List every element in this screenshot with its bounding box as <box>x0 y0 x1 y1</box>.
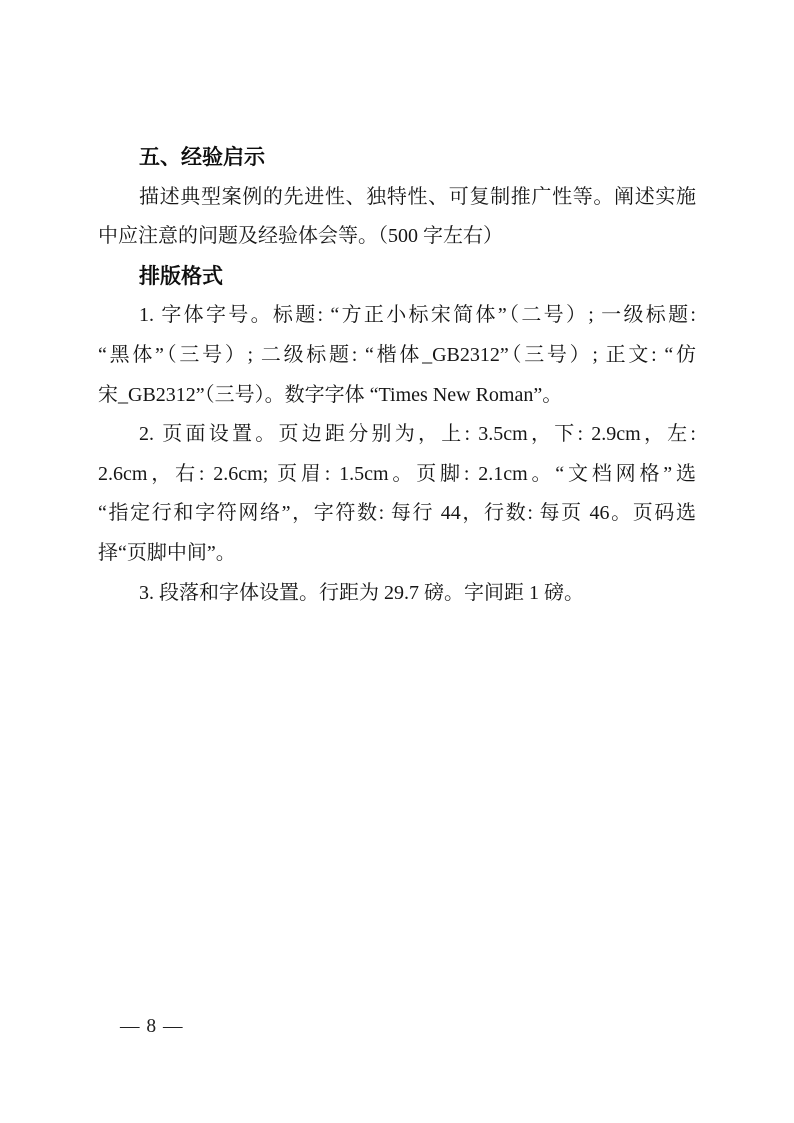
document-page: 五、经验启示 描述典型案例的先进性、独特性、可复制推广性等。阐述实施 中应注意的… <box>0 0 794 1123</box>
paragraph-paragraph-settings: 3. 段落和字体设置。行距为 29.7 磅。字间距 1 磅。 <box>98 574 696 614</box>
page-number: — 8 — <box>120 1013 184 1041</box>
section-heading-experience: 五、经验启示 <box>98 138 696 178</box>
paragraph-font-size-line-3: 宋_GB2312”（三号）。数字字体 “Times New Roman”。 <box>98 376 696 416</box>
paragraph-page-setup-line-3: “指定行和字符网络”，字符数: 每行 44，行数: 每页 46。页码选 <box>98 494 696 534</box>
paragraph-page-setup-line-1: 2. 页面设置。页边距分别为，上: 3.5cm，下: 2.9cm，左: <box>98 415 696 455</box>
paragraph-page-setup-line-2: 2.6cm，右: 2.6cm; 页眉: 1.5cm。页脚: 2.1cm。“文档网… <box>98 455 696 495</box>
paragraph-experience-line-1: 描述典型案例的先进性、独特性、可复制推广性等。阐述实施 <box>98 178 696 218</box>
paragraph-experience-line-2: 中应注意的问题及经验体会等。（500 字左右） <box>98 217 696 257</box>
paragraph-page-setup-line-4: 择“页脚中间”。 <box>98 534 696 574</box>
section-heading-layout-format: 排版格式 <box>98 257 696 297</box>
paragraph-font-size-line-2: “黑体”（三号）; 二级标题: “楷体_GB2312”（三号）; 正文: “仿 <box>98 336 696 376</box>
paragraph-font-size-line-1: 1. 字体字号。标题: “方正小标宋简体”（二号）; 一级标题: <box>98 296 696 336</box>
document-body: 五、经验启示 描述典型案例的先进性、独特性、可复制推广性等。阐述实施 中应注意的… <box>98 138 696 613</box>
